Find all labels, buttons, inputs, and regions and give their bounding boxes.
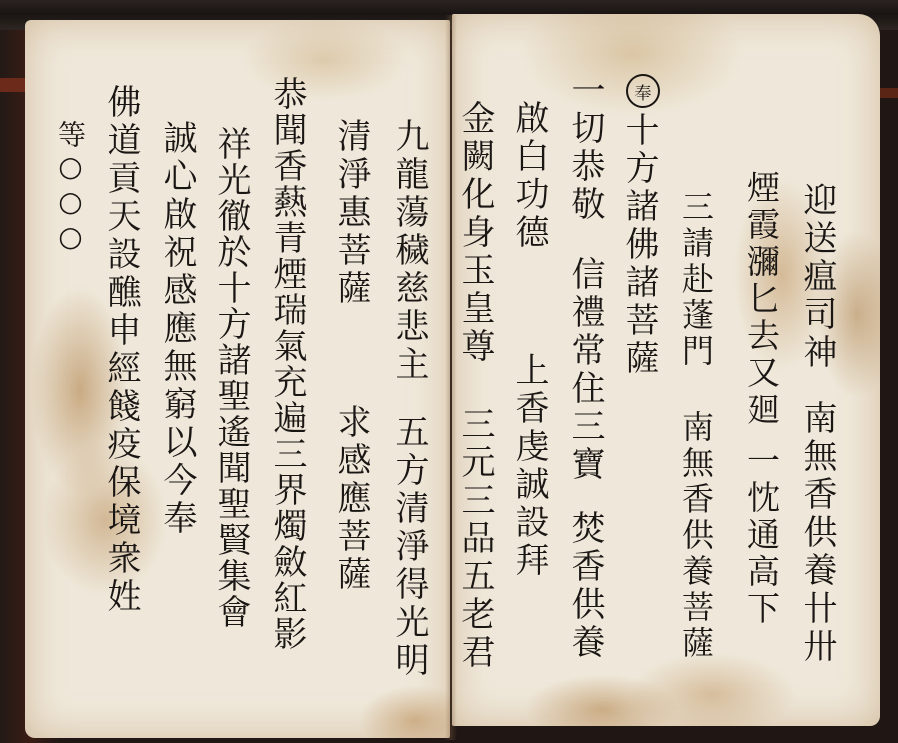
text-column-l5: 誠心啟祝感應無窮以今奉 (160, 120, 194, 538)
column-segment: 信禮常住三寶 (565, 256, 605, 484)
text-column-l4: 祥光徹於十方諸聖遙聞聖賢集會 (214, 126, 248, 630)
column-segment: 求感應菩薩 (331, 404, 371, 594)
column-segment: 煙霞瀰匕去又廻 (742, 170, 781, 429)
text-column-r5: 一切恭敬信禮常住三寶焚香供養 (568, 72, 602, 662)
text-column-l7: 等○○○ (56, 120, 84, 255)
text-column-r7: 金闕化身玉皇尊三元三品五老君 (458, 100, 492, 672)
column-segment: 佛道貢天設醮申經餞疫保境衆姓 (101, 84, 141, 616)
text-column-r2: 煙霞瀰匕去又廻一忱通高下 (745, 170, 778, 628)
text-column-l6: 佛道貢天設醮申經餞疫保境衆姓 (104, 84, 138, 616)
column-segment: 金闕化身玉皇尊 (455, 100, 495, 366)
column-segment: 祥光徹於十方諸聖遙聞聖賢集會 (211, 126, 251, 630)
column-segment: 一忱通高下 (742, 443, 781, 628)
text-column-r4: 十方諸佛諸菩薩 (622, 112, 656, 378)
text-column-l2: 清淨惠菩薩求感應菩薩 (334, 118, 368, 594)
column-segment: 三請赴蓬門 (677, 190, 715, 370)
column-segment: 十方諸佛諸菩薩 (619, 112, 659, 378)
text-column-r6: 啟白功德上香虔誠設拜 (512, 100, 546, 580)
column-segment: 等○○○ (54, 120, 87, 255)
column-segment: 清淨惠菩薩 (331, 118, 371, 308)
column-segment: 南無香供養卄卅 (797, 400, 837, 666)
column-segment: 一切恭敬 (565, 72, 605, 224)
column-segment: 九龍蕩穢慈悲主 (389, 118, 429, 384)
column-segment: 誠心啟祝感應無窮以今奉 (157, 120, 197, 538)
column-segment: 啟白功德 (509, 100, 549, 252)
column-segment: 上香虔誠設拜 (509, 352, 549, 580)
text-column-r3: 三請赴蓬門南無香供養菩薩 (680, 190, 712, 662)
column-segment: 五方清淨得光明 (389, 414, 429, 680)
seal-mark-icon: 奉 (626, 74, 660, 108)
column-segment: 焚香供養 (565, 510, 605, 662)
column-segment: 迎送瘟司神 (797, 182, 837, 372)
text-column-l1: 九龍蕩穢慈悲主五方清淨得光明 (392, 118, 426, 680)
column-segment: 南無香供養菩薩 (677, 410, 715, 662)
text-column-l3: 恭聞香爇青煙瑞氣充遍三界燭斂紅影 (270, 76, 304, 652)
text-column-r1: 迎送瘟司神南無香供養卄卅 (800, 182, 834, 666)
column-segment: 恭聞香爇青煙瑞氣充遍三界燭斂紅影 (267, 76, 307, 652)
column-segment: 三元三品五老君 (455, 406, 495, 672)
